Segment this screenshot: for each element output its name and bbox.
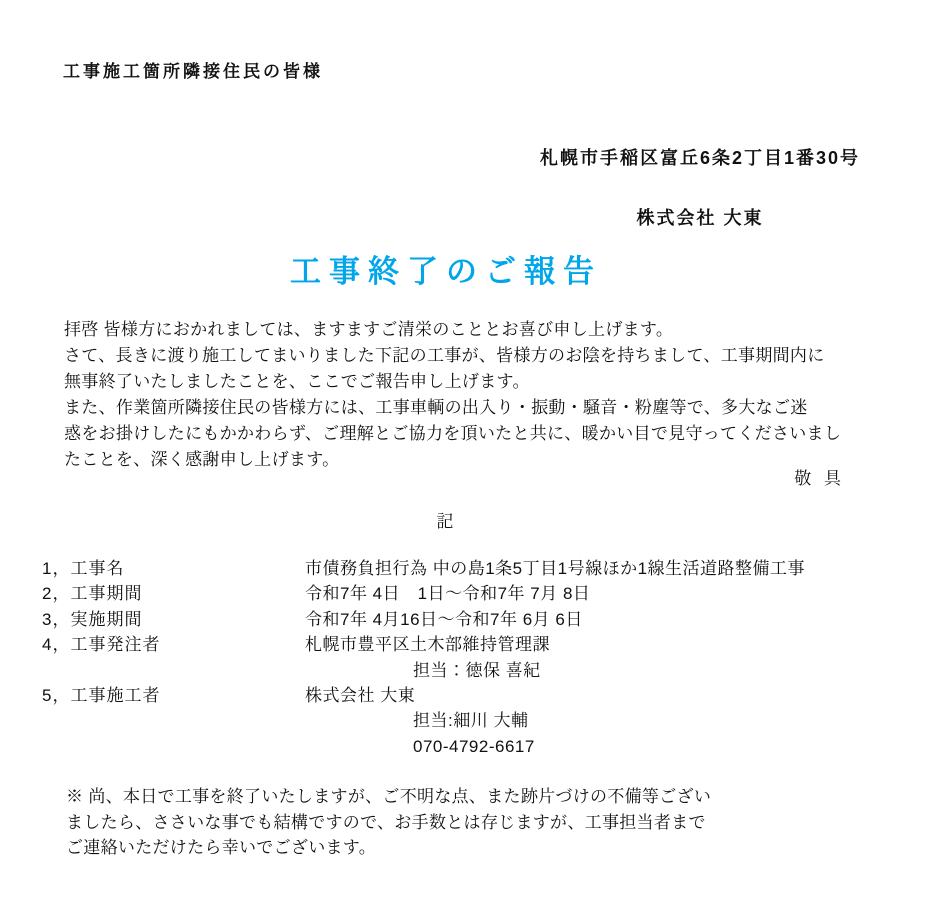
item-label: 5，工事施工者 xyxy=(42,683,160,708)
item-label-text: 工事施工者 xyxy=(70,686,160,705)
closing-note: ※ 尚、本日で工事を終了いたしますが、ご不明な点、また跡片づけの不備等ござい ま… xyxy=(66,784,826,861)
item-label-text: 工事名 xyxy=(70,559,124,578)
item-row-contractor: 5，工事施工者 株式会社 大東 xyxy=(0,683,950,708)
item-label: 1，工事名 xyxy=(42,556,124,581)
closing-keigu: 敬 具 xyxy=(0,464,845,489)
item-row-contractor-phone: 070-4792-6617 xyxy=(0,734,950,759)
item-value: 市債務負担行為 中の島1条5丁目1号線ほか1線生活道路整備工事 xyxy=(305,556,805,581)
sender-block: 札幌市手稲区富丘6条2丁目1番30号 株式会社 大東 xyxy=(455,144,945,230)
sender-company: 株式会社 大東 xyxy=(455,204,945,230)
item-label: 2，工事期間 xyxy=(42,581,142,606)
sender-address: 札幌市手稲区富丘6条2丁目1番30号 xyxy=(455,144,945,170)
orderer-contact-person: 担当：徳保 喜紀 xyxy=(413,658,541,683)
item-value: 札幌市豊平区土木部維持管理課 xyxy=(305,632,550,657)
item-number: 1， xyxy=(42,559,70,578)
item-row-contractor-contact: 担当:細川 大輔 xyxy=(0,708,950,733)
recipient-line: 工事施工箇所隣接住民の皆様 xyxy=(63,57,323,82)
item-row-project-name: 1，工事名 市債務負担行為 中の島1条5丁目1号線ほか1線生活道路整備工事 xyxy=(0,556,950,581)
construction-completion-letter: 工事施工箇所隣接住民の皆様 札幌市手稲区富丘6条2丁目1番30号 株式会社 大東… xyxy=(0,0,950,915)
item-number: 4， xyxy=(42,635,70,654)
item-label: 3，実施期間 xyxy=(42,607,142,632)
greeting-paragraph: 拝啓 皆様方におかれましては、ますますご清栄のこととお喜び申し上げます。 さて、… xyxy=(64,317,876,473)
item-row-orderer-contact: 担当：徳保 喜紀 xyxy=(0,658,950,683)
item-number: 3， xyxy=(42,610,70,629)
item-label-text: 工事発注者 xyxy=(70,635,160,654)
construction-detail-list: 1，工事名 市債務負担行為 中の島1条5丁目1号線ほか1線生活道路整備工事 2，… xyxy=(0,556,950,759)
item-label: 4，工事発注者 xyxy=(42,632,160,657)
item-label-text: 工事期間 xyxy=(70,584,142,603)
item-number: 5， xyxy=(42,686,70,705)
item-value: 令和7年 4月16日～令和7年 6月 6日 xyxy=(305,607,583,632)
document-title: 工事終了のご報告 xyxy=(0,246,892,291)
item-row-execution-period: 3，実施期間 令和7年 4月16日～令和7年 6月 6日 xyxy=(0,607,950,632)
contractor-phone-number: 070-4792-6617 xyxy=(413,734,535,759)
record-marker: 記 xyxy=(0,507,892,532)
item-row-construction-period: 2，工事期間 令和7年 4日 1日～令和7年 7月 8日 xyxy=(0,581,950,606)
contractor-contact-person: 担当:細川 大輔 xyxy=(413,708,528,733)
item-label-text: 実施期間 xyxy=(70,610,142,629)
item-value: 株式会社 大東 xyxy=(305,683,415,708)
item-row-orderer: 4，工事発注者 札幌市豊平区土木部維持管理課 xyxy=(0,632,950,657)
item-number: 2， xyxy=(42,584,70,603)
item-value: 令和7年 4日 1日～令和7年 7月 8日 xyxy=(305,581,590,606)
